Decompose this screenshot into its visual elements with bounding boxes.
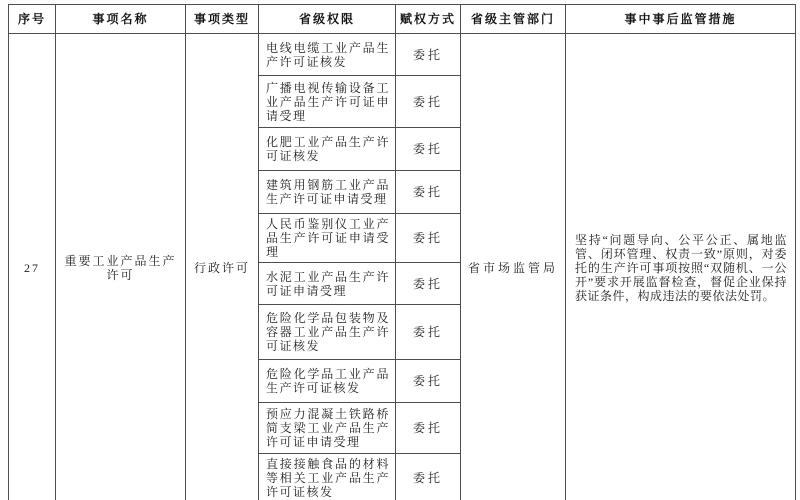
header-serial-number: 序号 (9, 5, 56, 34)
table-row: 27 重要工业产品生产许可 行政许可 电线电缆工业产品生产许可证核发 委托 省市… (9, 34, 796, 76)
authority-cell: 直接接触食品的材料等相关工业产品生产许可证核发 (259, 454, 396, 500)
method-cell: 委托 (396, 360, 461, 403)
delegation-matters-table: 序号 事项名称 事项类型 省级权限 赋权方式 省级主管部门 事中事后监管措施 2… (8, 4, 796, 500)
department-cell: 省市场监管局 (461, 34, 566, 500)
method-cell: 委托 (396, 403, 461, 454)
header-provincial-authority: 省级权限 (259, 5, 396, 34)
header-supervision-measures: 事中事后监管措施 (566, 5, 796, 34)
authority-cell: 危险化学品工业产品生产许可证核发 (259, 360, 396, 403)
method-cell: 委托 (396, 454, 461, 500)
method-cell: 委托 (396, 34, 461, 76)
serial-number-cell: 27 (9, 34, 56, 500)
method-cell: 委托 (396, 305, 461, 360)
authority-cell: 电线电缆工业产品生产许可证核发 (259, 34, 396, 76)
header-competent-department: 省级主管部门 (461, 5, 566, 34)
item-type-cell: 行政许可 (186, 34, 259, 500)
supervision-measures-cell: 坚持“问题导向、公平公正、属地监管、闭环管理、权责一致”原则，对委托的生产许可事… (566, 34, 796, 500)
authority-cell: 化肥工业产品生产许可证核发 (259, 128, 396, 171)
authority-cell: 水泥工业产品生产许可证申请受理 (259, 263, 396, 305)
method-cell: 委托 (396, 171, 461, 214)
method-cell: 委托 (396, 76, 461, 128)
authority-cell: 人民币鉴别仪工业产品生产许可证申请受理 (259, 214, 396, 263)
document-page: 序号 事项名称 事项类型 省级权限 赋权方式 省级主管部门 事中事后监管措施 2… (0, 0, 800, 500)
header-item-type: 事项类型 (186, 5, 259, 34)
authority-cell: 危险化学品包装物及容器工业产品生产许可证核发 (259, 305, 396, 360)
method-cell: 委托 (396, 128, 461, 171)
item-name-cell: 重要工业产品生产许可 (56, 34, 186, 500)
authority-cell: 建筑用钢筋工业产品生产许可证申请受理 (259, 171, 396, 214)
authority-cell: 预应力混凝土铁路桥简支梁工业产品生产许可证申请受理 (259, 403, 396, 454)
method-cell: 委托 (396, 263, 461, 305)
table-header-row: 序号 事项名称 事项类型 省级权限 赋权方式 省级主管部门 事中事后监管措施 (9, 5, 796, 34)
header-item-name: 事项名称 (56, 5, 186, 34)
header-delegation-method: 赋权方式 (396, 5, 461, 34)
method-cell: 委托 (396, 214, 461, 263)
authority-cell: 广播电视传输设备工业产品生产许可证申请受理 (259, 76, 396, 128)
table-body: 27 重要工业产品生产许可 行政许可 电线电缆工业产品生产许可证核发 委托 省市… (9, 34, 796, 500)
